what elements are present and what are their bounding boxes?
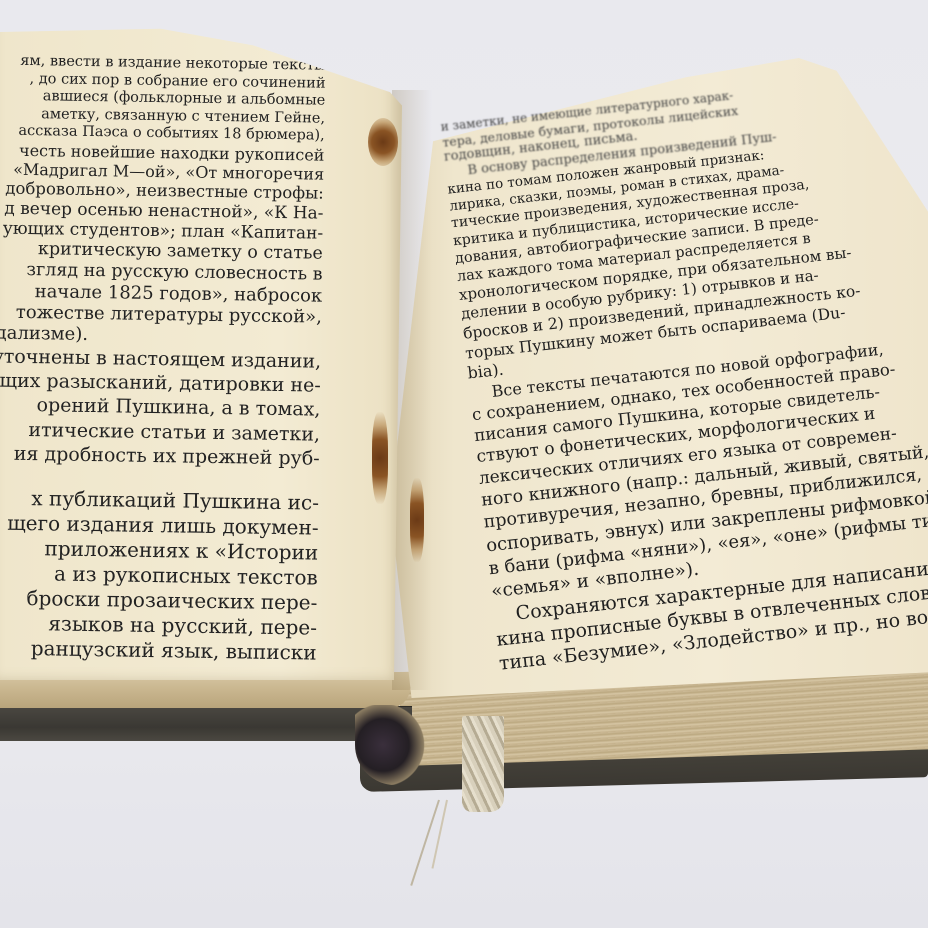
text-line: ранцузский язык, выписки <box>0 635 317 666</box>
book-photo: и заметки, не имеющие литературного хара… <box>0 0 928 928</box>
text-line: ия дробность их прежней руб- <box>0 441 320 471</box>
rust-stain <box>372 412 388 504</box>
ribbon-strand <box>410 800 440 886</box>
text-line: приложениях к «Истории <box>0 535 318 566</box>
left-page-text: ям, ввести в издание некоторые тексты , … <box>0 52 326 666</box>
ribbon-bookmark <box>462 716 504 812</box>
right-page-text: и заметки, не имеющие литературного хара… <box>440 64 928 676</box>
spine-headband <box>355 705 425 785</box>
left-page: ям, ввести в издание некоторые тексты , … <box>0 12 402 680</box>
rust-stain <box>410 478 424 562</box>
rust-stain <box>368 118 398 166</box>
book-front-cover <box>0 706 412 741</box>
